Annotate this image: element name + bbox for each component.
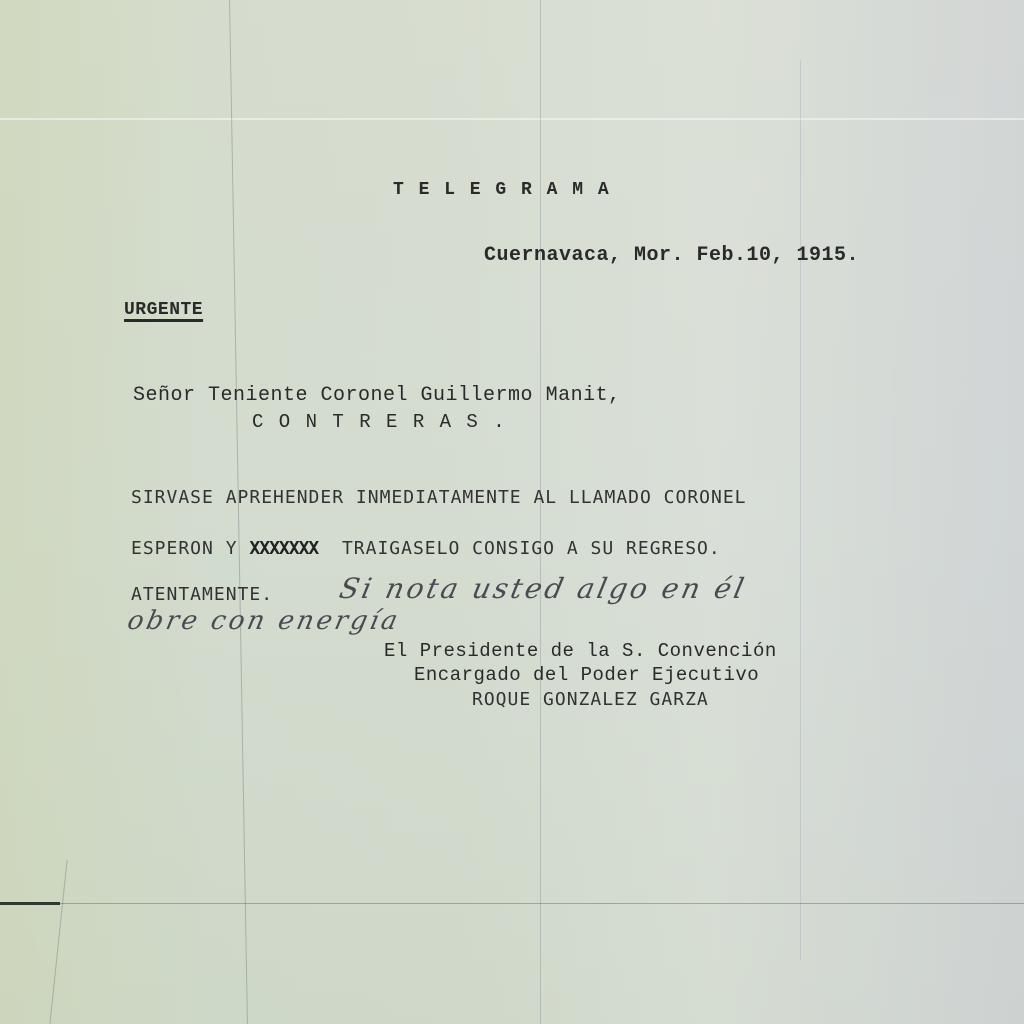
paper-crease [800,60,801,960]
paper-crease [540,0,541,1024]
scan-seam [0,118,1024,120]
closing: ATENTAMENTE. [131,584,273,605]
addressee-line: Señor Teniente Coronel Guillermo Manit, [133,384,621,407]
addressee-place: C O N T R E R A S . [252,411,507,433]
body-line-2: ESPERON Y XXXXXXX TRAIGASELO CONSIGO A S… [131,538,721,559]
handwritten-note-line-1: Si nota usted algo en él [336,572,749,605]
scan-edge-mark [0,902,60,905]
body-line-2-start: ESPERON Y [131,538,238,559]
signature-name: ROQUE GONZALEZ GARZA [472,689,709,710]
handwritten-note-line-2: obre con energía [125,606,403,636]
priority-label: URGENTE [124,300,203,320]
document-title: T E L E G R A M A [393,180,611,200]
signature-title-1: El Presidente de la S. Convención [384,640,777,662]
body-line-1: SIRVASE APREHENDER INMEDIATAMENTE AL LLA… [131,487,747,508]
paper-background [0,0,1024,1024]
struck-out-word: XXXXXXX [249,538,318,559]
scan-seam [0,903,1024,904]
dateline: Cuernavaca, Mor. Feb.10, 1915. [484,244,859,267]
signature-title-2: Encargado del Poder Ejecutivo [414,664,759,686]
body-line-2-end: TRAIGASELO CONSIGO A SU REGRESO. [342,538,721,559]
